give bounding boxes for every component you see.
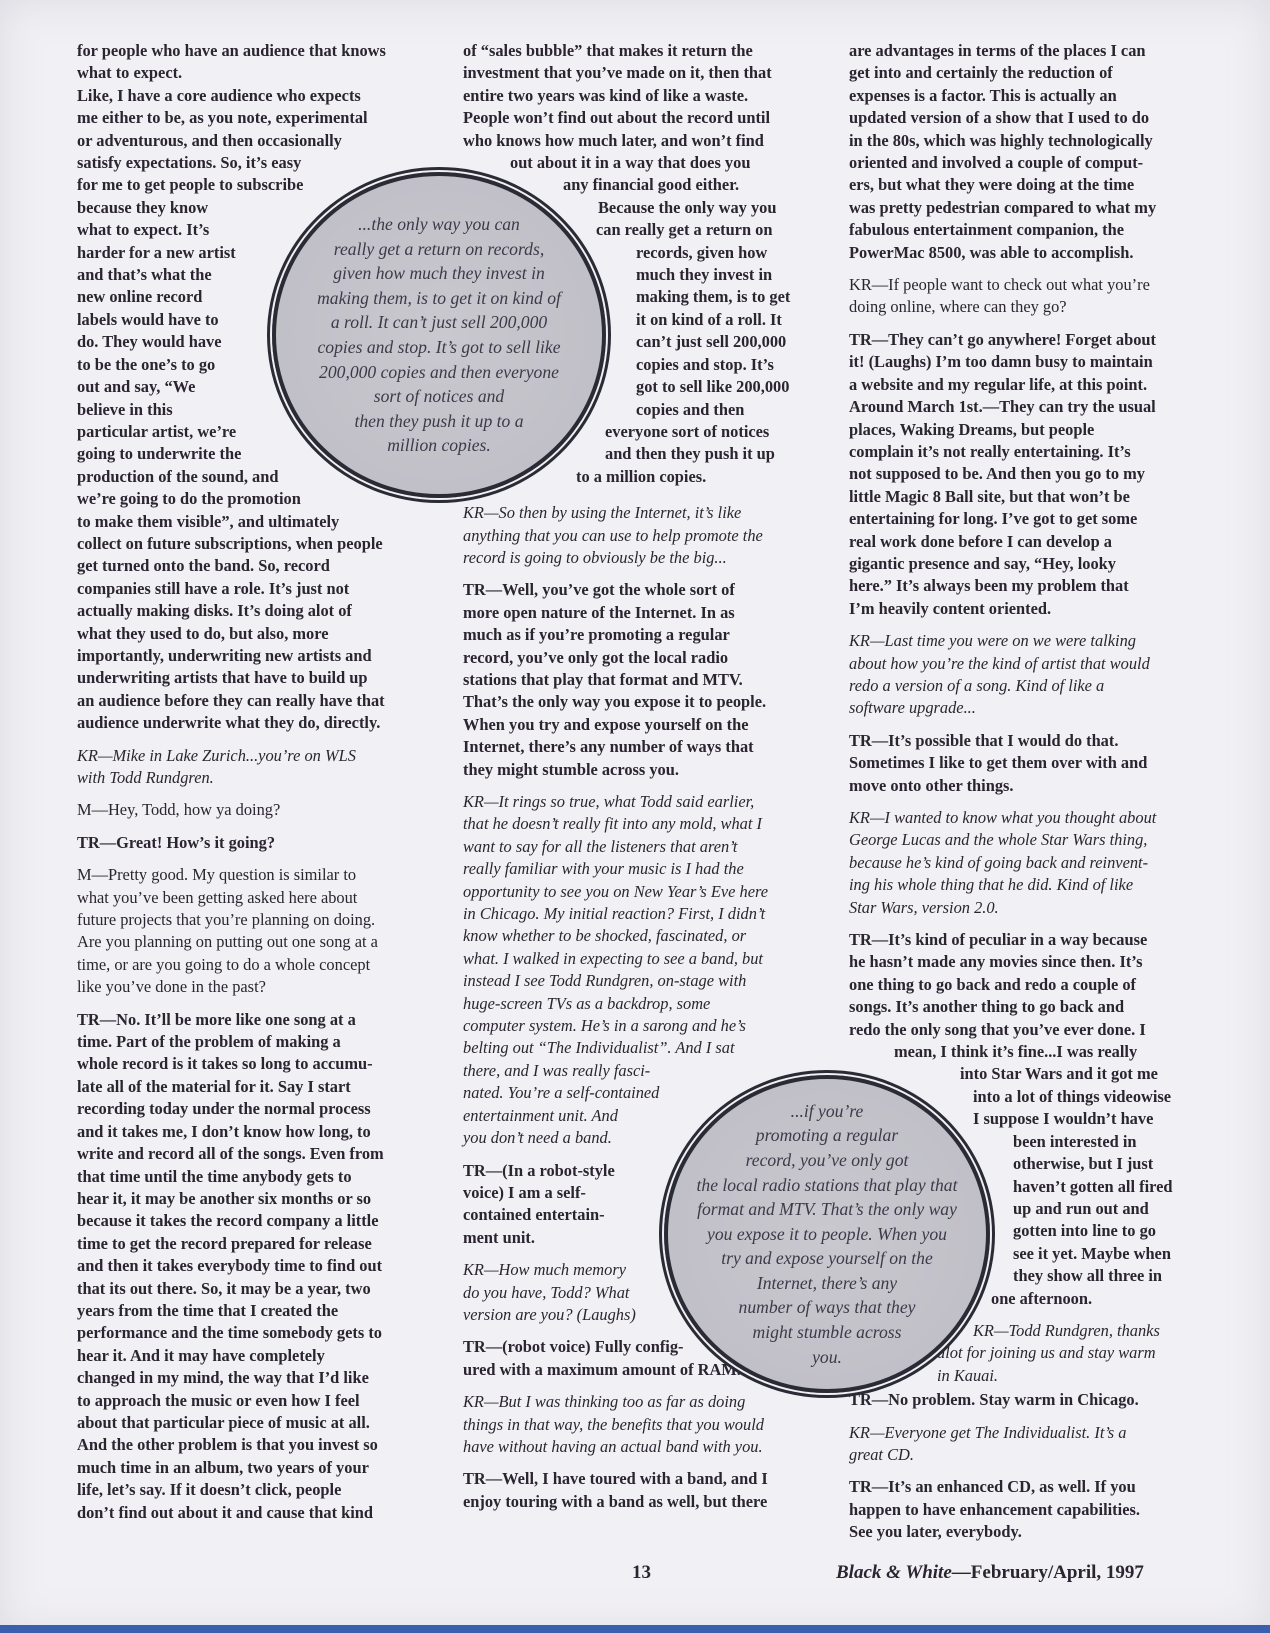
text-line: get into and certainly the reduction of [849, 62, 1211, 84]
text-line: things in that way, the benefits that yo… [463, 1414, 825, 1436]
text-line: KR—It rings so true, what Todd said earl… [463, 791, 825, 813]
text-line: People won’t find out about the record u… [463, 107, 825, 129]
text-line: years from the time that I created the [77, 1300, 439, 1322]
text-line: hear it. And it may have completely [77, 1345, 439, 1367]
text-line: TR—Well, I have toured with a band, and … [463, 1468, 825, 1490]
text-line: Internet, there’s any number of ways tha… [463, 736, 825, 758]
text-line: hear it, it may be another six months or… [77, 1188, 439, 1210]
text-line: of “sales bubble” that makes it return t… [463, 40, 825, 62]
kr-everyone-get: KR—Everyone get The Individualist. It’s … [849, 1422, 1211, 1467]
quote-line: making them, is to get it on kind of [317, 286, 561, 311]
text-line: Are you planning on putting out one song… [77, 931, 439, 953]
text-line: and it takes me, I don’t know how long, … [77, 1121, 439, 1143]
text-line: and then it takes everybody time to find… [77, 1255, 439, 1277]
text-line: redo a version of a song. Kind of like a [849, 675, 1211, 697]
text-line: satisfy expectations. So, it’s easy [77, 152, 439, 174]
text-line: into Star Wars and it got me [849, 1063, 1211, 1085]
text-line: an audience before they can really have … [77, 690, 439, 712]
quote-line: copies and stop. It’s got to sell like [317, 335, 560, 360]
text-line: KR—But I was thinking too as far as doin… [463, 1391, 825, 1413]
text-line: George Lucas and the whole Star Wars thi… [849, 829, 1211, 851]
quote-line: Internet, there’s any [757, 1271, 897, 1296]
text-line: because he’s kind of going back and rein… [849, 852, 1211, 874]
text-line: TR—They can’t go anywhere! Forget about [849, 329, 1211, 351]
text-line: record is going to obviously be the big.… [463, 547, 825, 569]
publication-name: Black & White [836, 1562, 952, 1583]
text-line: they might stumble across you. [463, 759, 825, 781]
text-line: who knows how much later, and won’t find [463, 130, 825, 152]
text-line: to make them visible”, and ultimately [77, 511, 439, 533]
text-line: life, let’s say. If it doesn’t click, pe… [77, 1479, 439, 1501]
text-line: move onto other things. [849, 775, 1211, 797]
tr-no-problem: TR—No problem. Stay warm in Chicago. [849, 1389, 1211, 1411]
text-line: that its out there. So, it may be a year… [77, 1278, 439, 1300]
text-line: in Chicago. My initial reaction? First, … [463, 903, 825, 925]
text-line: what they used to do, but also, more [77, 623, 439, 645]
text-line: there, and I was really fasci- [463, 1060, 825, 1082]
quote-line: the local radio stations that play that [697, 1173, 958, 1198]
text-line: out about it in a way that does you [463, 152, 825, 174]
text-line: have without having an actual band with … [463, 1436, 825, 1458]
text-line: KR—I wanted to know what you thought abo… [849, 807, 1211, 829]
quote-line: ...if you’re [791, 1099, 864, 1124]
text-line: get turned onto the band. So, record [77, 555, 439, 577]
tr-enhanced-cd: TR—It’s an enhanced CD, as well. If you … [849, 1476, 1211, 1543]
quote-line: try and expose yourself on the [721, 1246, 933, 1271]
text-line: with Todd Rundgren. [77, 767, 439, 789]
text-line: real work done before I can develop a [849, 531, 1211, 553]
text-line: places, Waking Dreams, but people [849, 419, 1211, 441]
text-line: Around March 1st.—They can try the usual [849, 396, 1211, 418]
quote-line: 200,000 copies and then everyone [319, 360, 559, 385]
text-line: See you later, everybody. [849, 1521, 1211, 1543]
quote-line: million copies. [387, 433, 491, 458]
text-line: really familiar with your music is I had… [463, 858, 825, 880]
text-line: little Magic 8 Ball site, but that won’t… [849, 486, 1211, 508]
tr-greeting: TR—Great! How’s it going? [77, 832, 439, 854]
text-line: future projects that you’re planning on … [77, 909, 439, 931]
text-line: instead I see Todd Rundgren, on-stage wi… [463, 970, 825, 992]
text-line: it! (Laughs) I’m too damn busy to mainta… [849, 351, 1211, 373]
text-line: enjoy touring with a band as well, but t… [463, 1491, 825, 1513]
text-line: want to say for all the listeners that a… [463, 836, 825, 858]
quote-line: record, you’ve only got [746, 1148, 909, 1173]
tr-answer-advantages: are advantages in terms of the places I … [849, 40, 1211, 264]
issue-date: —February/April, 1997 [952, 1562, 1144, 1583]
kr-question-internet: KR—So then by using the Internet, it’s l… [463, 502, 825, 569]
text-line: time to get the record prepared for rele… [77, 1233, 439, 1255]
text-line: TR—It’s kind of peculiar in a way becaus… [849, 929, 1211, 951]
text-line: computer system. He’s in a sarong and he… [463, 1015, 825, 1037]
kr-question-redo: KR—Last time you were on we were talking… [849, 630, 1211, 720]
kr-question-band: KR—But I was thinking too as far as doin… [463, 1391, 825, 1458]
quote-line: sort of notices and [374, 384, 504, 409]
text-line: complain it’s not really entertaining. I… [849, 441, 1211, 463]
text-line: more open nature of the Internet. In as [463, 602, 825, 624]
text-line: entertaining for long. I’ve got to get s… [849, 508, 1211, 530]
text-line: ers, but what they were doing at the tim… [849, 174, 1211, 196]
text-line: expenses is a factor. This is actually a… [849, 85, 1211, 107]
tr-answer-one-song: TR—No. It’ll be more like one song at a … [77, 1009, 439, 1524]
text-line: companies still have a role. It’s just n… [77, 578, 439, 600]
text-line: opportunity to see you on New Year’s Eve… [463, 881, 825, 903]
text-line: And the other problem is that you invest… [77, 1434, 439, 1456]
text-line: know whether to be shocked, fascinated, … [463, 925, 825, 947]
text-line: don’t find out about it and cause that k… [77, 1502, 439, 1524]
text-line: what you’ve been getting asked here abou… [77, 887, 439, 909]
text-line: here.” It’s always been my problem that [849, 575, 1211, 597]
quote-line: ...the only way you can [358, 212, 520, 237]
text-line: much as if you’re promoting a regular [463, 624, 825, 646]
text-line: to approach the music or even how I feel [77, 1390, 439, 1412]
text-line: When you try and expose yourself on the [463, 714, 825, 736]
text-line: TR—Well, you’ve got the whole sort of [463, 579, 825, 601]
text-line: Star Wars, version 2.0. [849, 897, 1211, 919]
text-line: ing his whole thing that he did. Kind of… [849, 874, 1211, 896]
text-line: are advantages in terms of the places I … [849, 40, 1211, 62]
text-line: importantly, underwriting new artists an… [77, 645, 439, 667]
text-line: was pretty pedestrian compared to what m… [849, 197, 1211, 219]
text-line: KR—If people want to check out what you’… [849, 274, 1211, 296]
text-line: time. Part of the problem of making a [77, 1031, 439, 1053]
text-line: happen to have enhancement capabilities. [849, 1499, 1211, 1521]
text-line: songs. It’s another thing to go back and [849, 996, 1211, 1018]
text-line: great CD. [849, 1444, 1211, 1466]
text-line: KR—Everyone get The Individualist. It’s … [849, 1422, 1211, 1444]
text-line: gigantic presence and say, “Hey, looky [849, 553, 1211, 575]
page-number: 13 [632, 1562, 651, 1584]
text-line: me either to be, as you note, experiment… [77, 107, 439, 129]
text-line: M—Pretty good. My question is similar to [77, 864, 439, 886]
quote-line: promoting a regular [756, 1123, 898, 1148]
m-question: M—Pretty good. My question is similar to… [77, 864, 439, 998]
text-line: audience underwrite what they do, direct… [77, 712, 439, 734]
text-line: TR—It’s an enhanced CD, as well. If you [849, 1476, 1211, 1498]
quote-line: format and MTV. That’s the only way [697, 1197, 957, 1222]
quote-line: you expose it to people. When you [707, 1222, 947, 1247]
text-line: Sometimes I like to get them over with a… [849, 752, 1211, 774]
kr-question-mike: KR—Mike in Lake Zurich...you’re on WLS w… [77, 745, 439, 790]
text-line: anything that you can use to help promot… [463, 525, 825, 547]
text-line: about that particular piece of music at … [77, 1412, 439, 1434]
text-line: we’re going to do the promotion [77, 488, 439, 510]
text-line: time, or are you going to do a whole con… [77, 954, 439, 976]
tr-answer-toured: TR—Well, I have toured with a band, and … [463, 1468, 825, 1513]
text-line: record, you’ve only got the local radio [463, 647, 825, 669]
text-line: fabulous entertainment companion, the [849, 219, 1211, 241]
text-line: stations that play that format and MTV. [463, 669, 825, 691]
text-line: not supposed to be. And then you go to m… [849, 463, 1211, 485]
text-line: KR—Last time you were on we were talking [849, 630, 1211, 652]
quote-line: then they push it up to a [354, 409, 523, 434]
text-line: one thing to go back and redo a couple o… [849, 974, 1211, 996]
kr-question-lucas: KR—I wanted to know what you thought abo… [849, 807, 1211, 919]
text-line: performance and the time somebody gets t… [77, 1322, 439, 1344]
text-line: for people who have an audience that kno… [77, 40, 439, 62]
text-line: belting out “The Individualist”. And I s… [463, 1037, 825, 1059]
text-line: changed in my mind, the way that I’d lik… [77, 1367, 439, 1389]
text-line: KR—So then by using the Internet, it’s l… [463, 502, 825, 524]
text-line: collect on future subscriptions, when pe… [77, 533, 439, 555]
text-line: redo the only song that you’ve ever done… [849, 1019, 1211, 1041]
text-line: TR—It’s possible that I would do that. [849, 730, 1211, 752]
tr-answer-possible: TR—It’s possible that I would do that. S… [849, 730, 1211, 797]
text-line: or adventurous, and then occasionally [77, 130, 439, 152]
quote-line: number of ways that they [739, 1295, 916, 1320]
text-line: updated version of a show that I used to… [849, 107, 1211, 129]
text-line: doing online, where can they go? [849, 296, 1211, 318]
text-line: like you’ve done in the past? [77, 976, 439, 998]
text-line: investment that you’ve made on it, then … [463, 62, 825, 84]
text-line: that he doesn’t really fit into any mold… [463, 813, 825, 835]
text-line: I’m heavily content oriented. [849, 598, 1211, 620]
text-line: PowerMac 8500, was able to accomplish. [849, 242, 1211, 264]
kr-question-online: KR—If people want to check out what you’… [849, 274, 1211, 319]
tr-answer-open-nature: TR—Well, you’ve got the whole sort of mo… [463, 579, 825, 781]
text-line: what to expect. [77, 62, 439, 84]
publication-footer: Black & White—February/April, 1997 [836, 1562, 1144, 1584]
text-line: write and record all of the songs. Even … [77, 1143, 439, 1165]
text-line: in the 80s, which was highly technologic… [849, 130, 1211, 152]
text-line: a website and my regular life, at this p… [849, 374, 1211, 396]
text-line: software upgrade... [849, 697, 1211, 719]
text-line: Like, I have a core audience who expects [77, 85, 439, 107]
text-line: mean, I think it’s fine...I was really [849, 1041, 1211, 1063]
text-line: what. I walked in expecting to see a ban… [463, 948, 825, 970]
pull-quote-regular-record: ...if you’re promoting a regular record,… [664, 1075, 990, 1393]
quote-line: might stumble across [753, 1320, 902, 1345]
m-greeting: M—Hey, Todd, how ya doing? [77, 799, 439, 821]
text-line: That’s the only way you expose it to peo… [463, 691, 825, 713]
quote-line: you. [812, 1345, 842, 1370]
text-line: that time until the time anybody gets to [77, 1166, 439, 1188]
text-line: much time in an album, two years of your [77, 1457, 439, 1479]
text-line: actually making disks. It’s doing alot o… [77, 600, 439, 622]
text-line: entire two years was kind of like a wast… [463, 85, 825, 107]
quote-line: a roll. It can’t just sell 200,000 [331, 310, 547, 335]
text-line: whole record is it takes so long to accu… [77, 1053, 439, 1075]
text-line: TR—No. It’ll be more like one song at a [77, 1009, 439, 1031]
quote-line: really get a return on records, [334, 237, 544, 262]
text-line: he hasn’t made any movies since then. It… [849, 951, 1211, 973]
pull-quote-return-on-records: ...the only way you can really get a ret… [272, 172, 606, 498]
scan-edge-band [0, 1625, 1270, 1633]
tr-answer-website: TR—They can’t go anywhere! Forget about … [849, 329, 1211, 620]
text-line: underwriting artists that have to build … [77, 667, 439, 689]
text-line: about how you’re the kind of artist that… [849, 653, 1211, 675]
text-line: oriented and involved a couple of comput… [849, 152, 1211, 174]
text-line: KR—Mike in Lake Zurich...you’re on WLS [77, 745, 439, 767]
text-line: because it takes the record company a li… [77, 1210, 439, 1232]
quote-line: given how much they invest in [333, 261, 545, 286]
text-line: recording today under the normal process [77, 1098, 439, 1120]
text-line: huge-screen TVs as a backdrop, some [463, 993, 825, 1015]
text-line: late all of the material for it. Say I s… [77, 1076, 439, 1098]
